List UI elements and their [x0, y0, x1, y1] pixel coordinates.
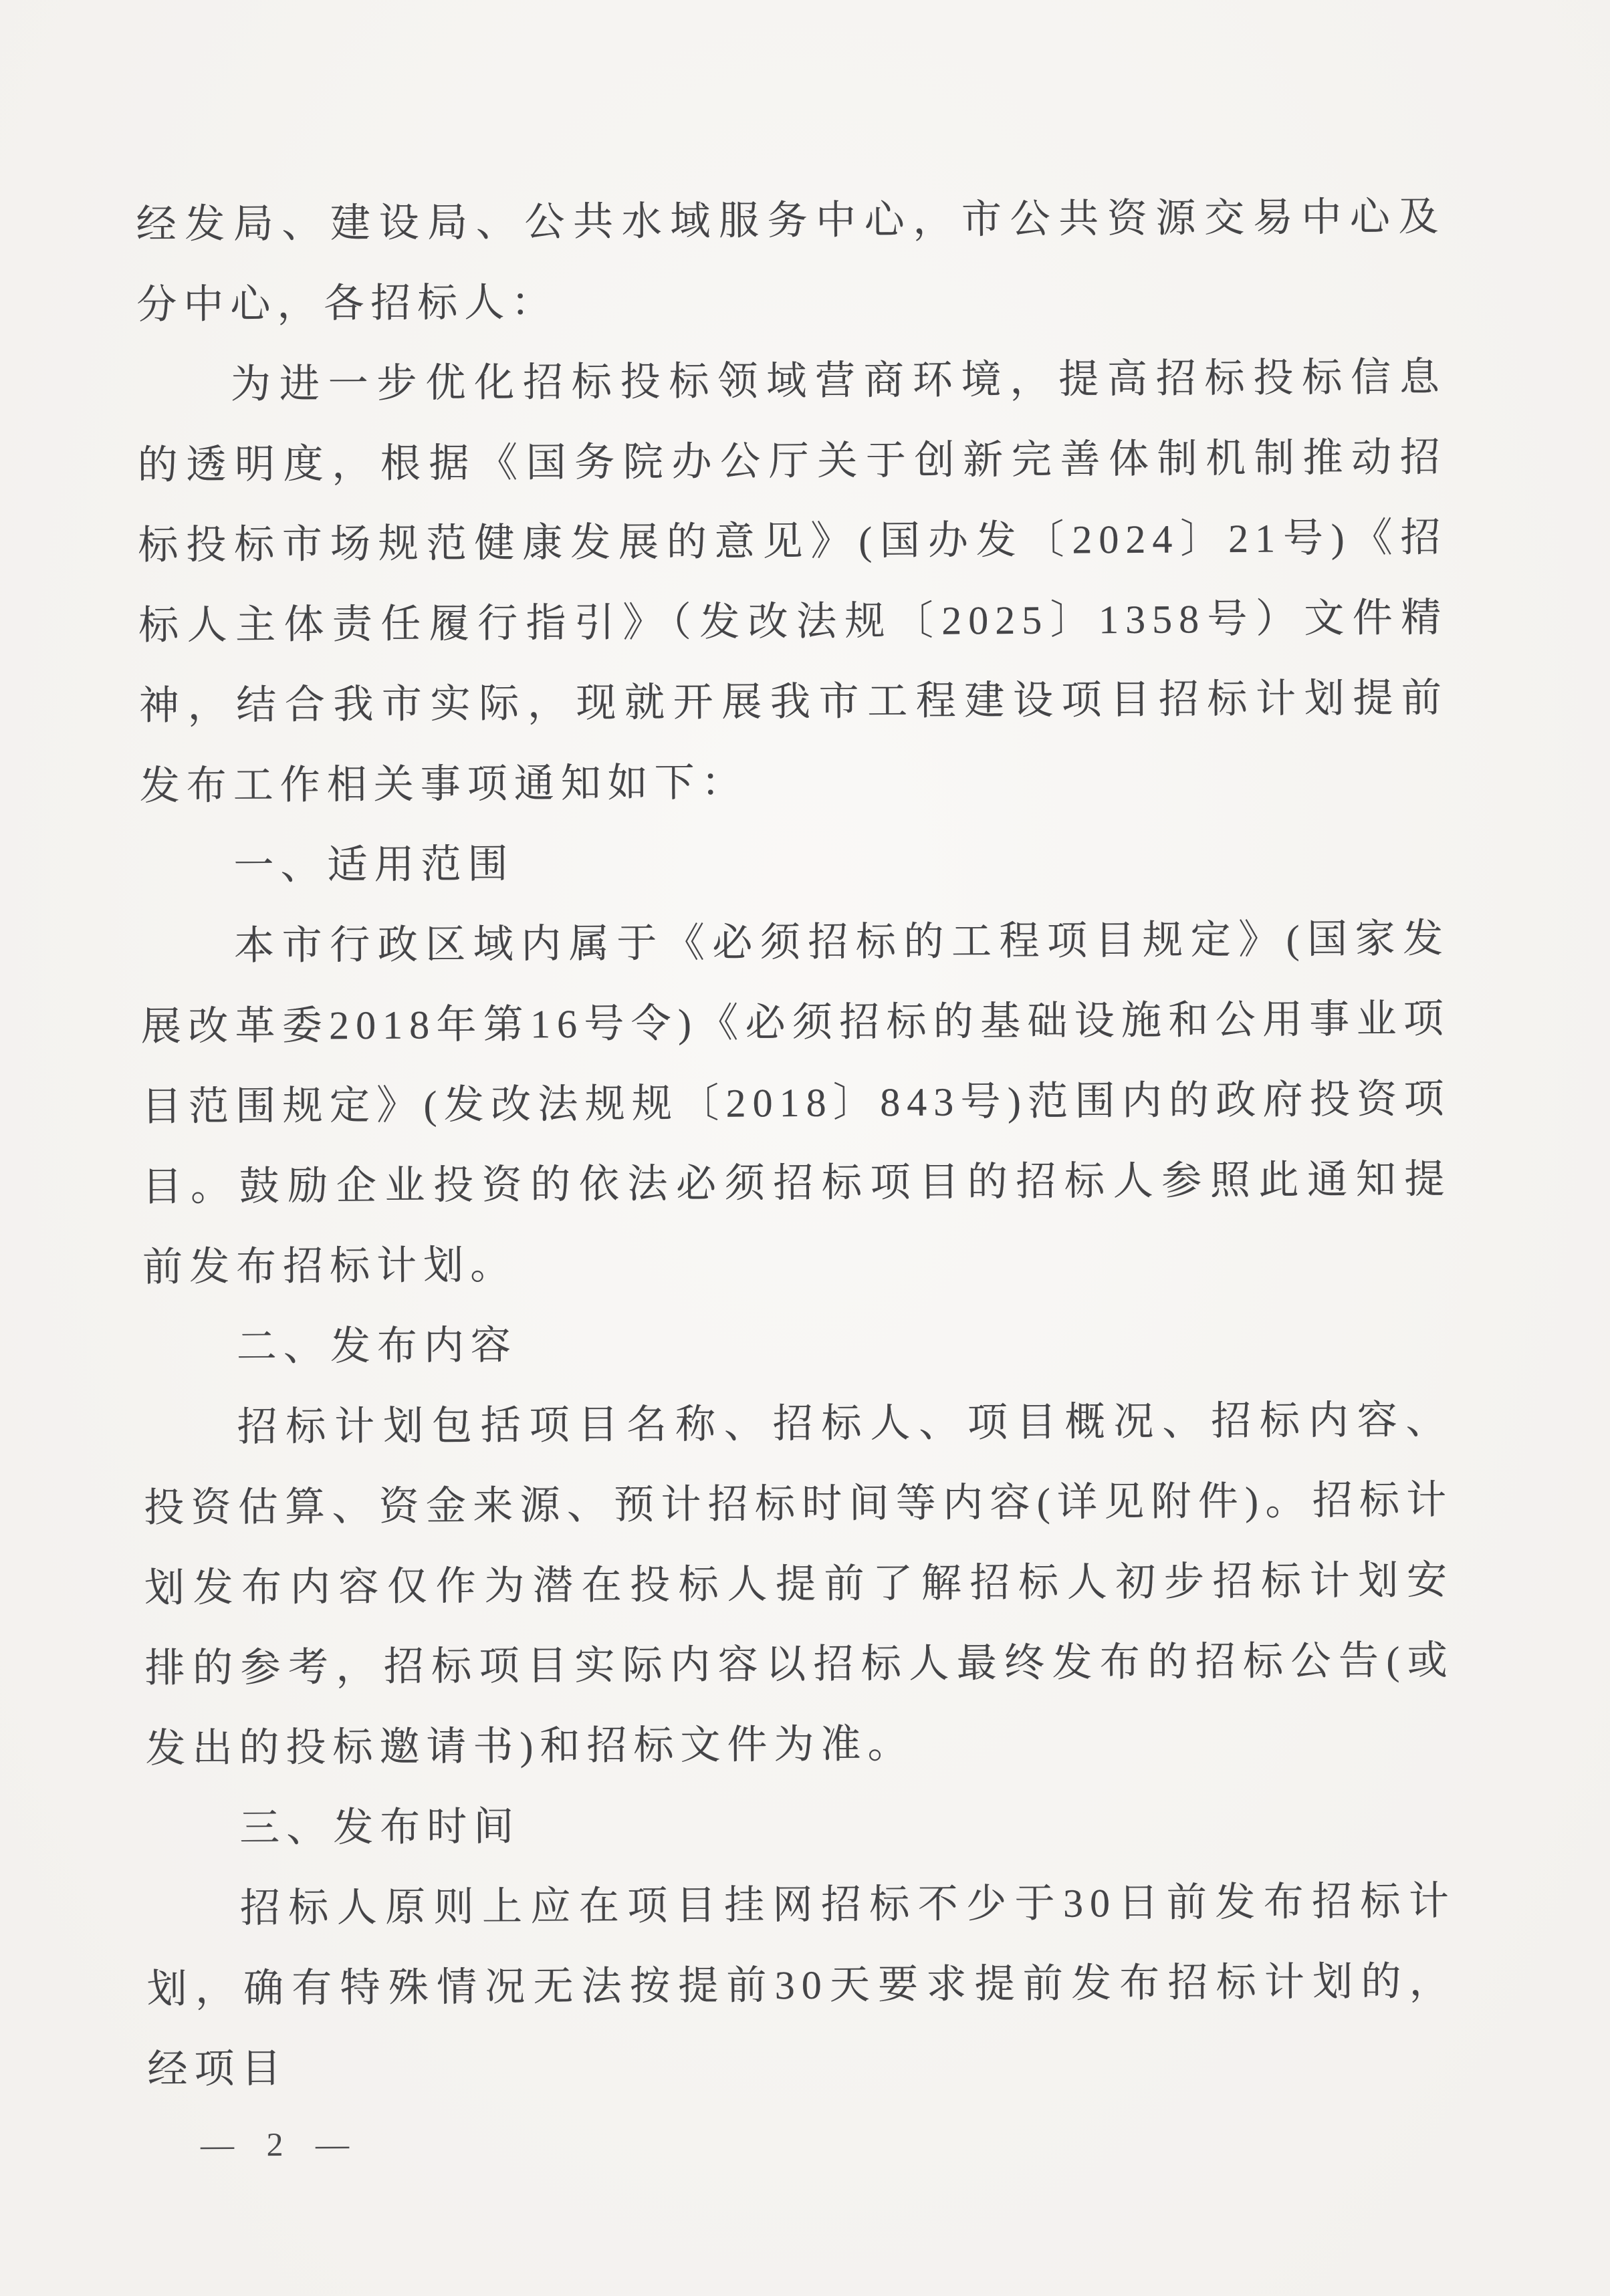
scanned-document-page: 经发局、建设局、公共水域服务中心，市公共资源交易中心及分中心，各招标人： 为进一…: [0, 0, 1610, 2296]
section-heading-scope: 一、适用范围: [140, 818, 1450, 906]
content-paragraph: 招标计划包括项目名称、招标人、项目概况、招标内容、投资估算、资金来源、预计招标时…: [143, 1380, 1455, 1789]
section-heading-content: 二、发布内容: [142, 1299, 1452, 1388]
page-number: — 2 —: [201, 2124, 352, 2164]
salutation-line: 经发局、建设局、公共水域服务中心，市公共资源交易中心及分中心，各招标人：: [136, 176, 1446, 345]
scope-paragraph: 本市行政区域内属于《必须招标的工程项目规定》(国家发展改革委2018年第16号令…: [140, 898, 1452, 1307]
document-text-block: 经发局、建设局、公共水域服务中心，市公共资源交易中心及分中心，各招标人： 为进一…: [136, 176, 1457, 2110]
section-heading-time: 三、发布时间: [146, 1781, 1456, 1869]
intro-paragraph: 为进一步优化招标投标领域营商环境，提高招标投标信息的透明度，根据《国务院办公厅关…: [137, 337, 1449, 826]
time-paragraph: 招标人原则上应在项目挂网招标不少于30日前发布招标计划，确有特殊情况无法按提前3…: [146, 1861, 1457, 2110]
